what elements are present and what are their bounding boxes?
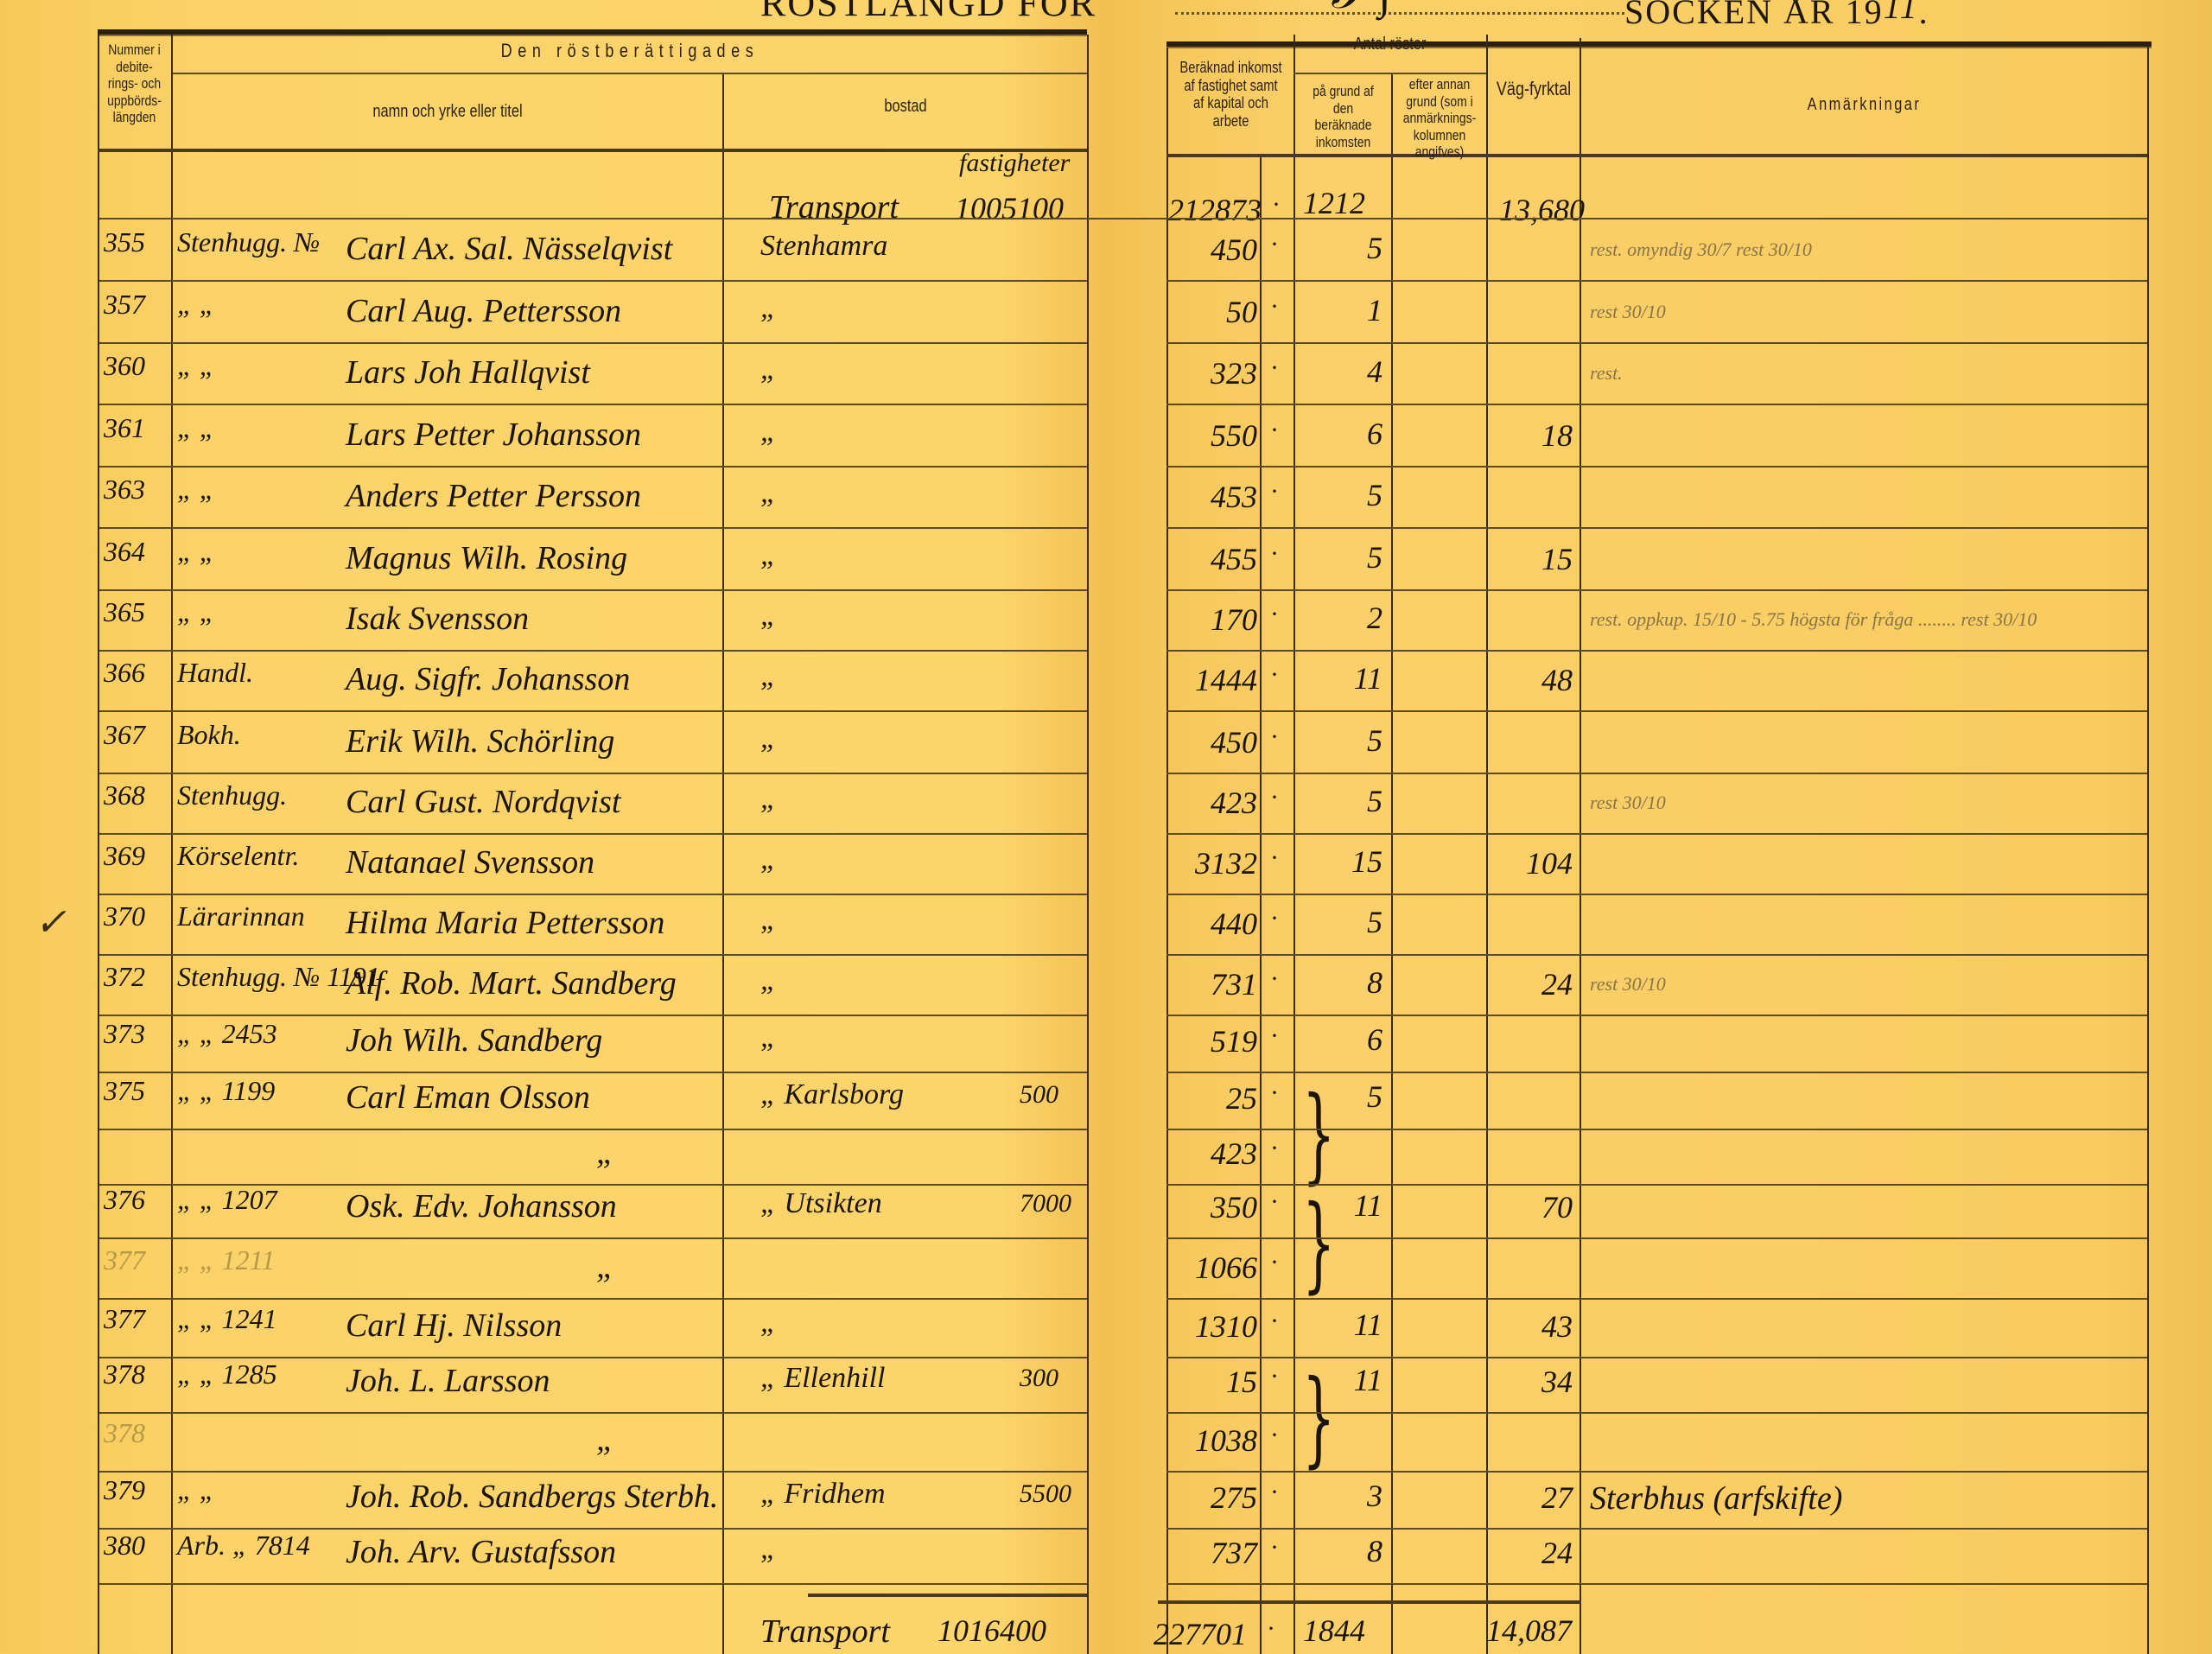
- row-income: 737: [1175, 1535, 1257, 1571]
- row-income-dot: ·: [1270, 1478, 1279, 1507]
- row-votes: 6: [1313, 416, 1382, 452]
- row-income: 350: [1175, 1189, 1257, 1225]
- row-rule-left: [99, 527, 1087, 529]
- row-name: Hilma Maria Pettersson: [346, 904, 664, 942]
- row-rule-right: [1166, 466, 2147, 468]
- left-header-top-rule: [98, 29, 1087, 36]
- row-rule-right: [1166, 1129, 2147, 1130]
- row-votes: 5: [1313, 477, 1382, 513]
- row-rule-right: [1166, 773, 2147, 774]
- row-rule-right: [1166, 589, 2147, 591]
- row-name: Carl Eman Olsson: [346, 1078, 590, 1116]
- row-income: 3132: [1175, 845, 1257, 881]
- row-occupation: Körselentr.: [177, 840, 299, 872]
- header-anm: Anmärkningar: [1632, 95, 2096, 115]
- row-income: 440: [1175, 906, 1257, 942]
- row-residence: „: [760, 477, 777, 510]
- col-divider-votes: [1391, 74, 1393, 1654]
- row-remark: rest 30/10: [1590, 973, 1666, 996]
- votes-group-rule: [1294, 73, 1486, 74]
- row-property-value: 7000: [1020, 1189, 1071, 1218]
- col-divider-nummer: [171, 35, 173, 1654]
- row-property-value: 5500: [1020, 1479, 1071, 1509]
- row-votes: 5: [1313, 539, 1382, 576]
- transport-out-votes: 1844: [1303, 1613, 1365, 1649]
- row-residence: „: [760, 353, 777, 386]
- row-rule-right: [1166, 710, 2147, 712]
- transport-out-income: 227701: [1154, 1616, 1247, 1652]
- row-property-value: 300: [1020, 1364, 1058, 1393]
- row-property-value: 500: [1020, 1080, 1058, 1110]
- row-votes: 8: [1313, 964, 1382, 1001]
- transport-out-dot: ·: [1267, 1614, 1275, 1644]
- row-number: 372: [104, 961, 145, 993]
- row-name: Lars Petter Johansson: [346, 416, 641, 454]
- row-residence: „: [760, 783, 777, 816]
- header-income: Beräknad inkomst af fastighet samt af ka…: [1179, 59, 1282, 130]
- row-rule-right: [1166, 1015, 2147, 1016]
- row-income-dot: ·: [1270, 1078, 1279, 1108]
- row-rule-right: [1166, 833, 2147, 835]
- row-income: 25: [1175, 1080, 1257, 1116]
- row-rule-left: [99, 280, 1087, 282]
- row-rule-right: [1166, 280, 2147, 282]
- row-income-dot: ·: [1270, 904, 1279, 933]
- row-road-tax: 15: [1495, 541, 1573, 577]
- col-divider-votes-group: [1486, 35, 1488, 1654]
- row-road-tax: 48: [1495, 662, 1573, 698]
- row-residence: „: [760, 904, 777, 937]
- row-rule-left: [99, 1015, 1087, 1016]
- row-votes: 5: [1313, 904, 1382, 940]
- row-rule: [99, 218, 2147, 219]
- row-rule-left: [99, 589, 1087, 591]
- row-income-dot: ·: [1270, 843, 1279, 873]
- row-name: Joh. Rob. Sandbergs Sterbh.: [346, 1478, 718, 1516]
- row-residence: „: [760, 1307, 777, 1339]
- row-number: 370: [104, 900, 145, 932]
- row-road-tax: 43: [1495, 1308, 1573, 1345]
- row-name: „: [596, 1134, 614, 1172]
- row-income-dot: ·: [1270, 416, 1279, 445]
- header-vag: Väg-fyrktal: [1497, 78, 1572, 99]
- row-votes: 11: [1313, 1307, 1382, 1343]
- row-votes: 3: [1313, 1478, 1382, 1514]
- group-header-rule: [173, 73, 1087, 74]
- row-income: 1038: [1175, 1422, 1257, 1459]
- row-occupation: „ „ 1241: [177, 1303, 277, 1335]
- header-votes-group: Antal röster: [1311, 35, 1469, 54]
- row-income: 455: [1175, 541, 1257, 577]
- row-income-dot: ·: [1270, 1307, 1279, 1336]
- header-bostad: bostad: [757, 97, 1054, 117]
- row-votes: 1: [1313, 292, 1382, 328]
- row-rule-left: [99, 894, 1087, 895]
- row-rule-right: [1166, 342, 2147, 344]
- row-remark: rest 30/10: [1590, 792, 1666, 814]
- row-income: 423: [1175, 1136, 1257, 1172]
- row-remark: rest.: [1590, 362, 1623, 385]
- row-road-tax: 34: [1495, 1364, 1573, 1400]
- row-rule-left: [99, 710, 1087, 712]
- row-rule-right: [1166, 1471, 2147, 1473]
- row-name: Alf. Rob. Mart. Sandberg: [346, 964, 677, 1002]
- row-occupation: Bokh.: [177, 719, 241, 751]
- left-header-bottom-rule: [98, 149, 1087, 152]
- row-income: 170: [1175, 601, 1257, 638]
- row-votes: 4: [1313, 353, 1382, 390]
- row-name: Carl Aug. Pettersson: [346, 292, 621, 330]
- row-rule-right: [1166, 527, 2147, 529]
- row-income-dot: ·: [1270, 1533, 1279, 1562]
- row-number: 366: [104, 657, 145, 689]
- row-rule-left: [99, 1129, 1087, 1130]
- row-number: 368: [104, 779, 145, 811]
- row-residence: „: [760, 722, 777, 755]
- row-number: 377: [104, 1303, 145, 1335]
- row-occupation: „ „: [177, 474, 215, 506]
- row-residence: „: [760, 964, 777, 997]
- transport-in-vag: 13,680: [1499, 192, 1585, 228]
- row-remark: rest. omyndig 30/7 rest 30/10: [1590, 239, 1812, 261]
- row-number: 369: [104, 840, 145, 872]
- row-rule-right: [1166, 1528, 2147, 1530]
- row-income: 1066: [1175, 1250, 1257, 1286]
- row-occupation: „ „: [177, 1474, 215, 1506]
- row-votes: 5: [1313, 230, 1382, 266]
- row-votes: 8: [1313, 1533, 1382, 1569]
- row-rule-left: [99, 404, 1087, 405]
- row-income: 453: [1175, 479, 1257, 515]
- row-rule-right: [1166, 954, 2147, 956]
- brace-icon: }: [1302, 1193, 1335, 1296]
- row-residence: „ Fridhem: [760, 1478, 886, 1511]
- row-income: 731: [1175, 966, 1257, 1002]
- row-occupation: Lärarinnan: [177, 900, 305, 932]
- row-income-dot: ·: [1270, 783, 1279, 812]
- header-nummer: Nummer i debite-rings- och uppbörds-läng…: [105, 41, 165, 126]
- title-left: RÖSTLÄNGD FÖR: [760, 0, 1096, 25]
- row-income: 450: [1175, 724, 1257, 760]
- row-income: 1310: [1175, 1308, 1257, 1345]
- row-rule-right: [1166, 1298, 2147, 1300]
- row-rule-right: [1166, 1412, 2147, 1414]
- transport-in-label: Transport: [769, 188, 899, 226]
- row-income: 50: [1175, 294, 1257, 330]
- row-number: 380: [104, 1530, 145, 1562]
- title-right: SOCKEN ÅR 1911.: [1624, 0, 1929, 32]
- title-right-prefix: SOCKEN ÅR 19: [1624, 0, 1884, 31]
- row-votes: 6: [1313, 1021, 1382, 1058]
- row-residence: Stenhamra: [760, 230, 887, 263]
- transport-in-dot: ·: [1272, 190, 1281, 219]
- row-occupation: „ „: [177, 596, 215, 628]
- left-right-border: [1087, 35, 1089, 1654]
- row-name: Magnus Wilh. Rosing: [346, 539, 627, 577]
- row-occupation: „ „ 1285: [177, 1358, 277, 1390]
- row-income-dot: ·: [1270, 722, 1279, 752]
- row-name: Joh Wilh. Sandberg: [346, 1021, 602, 1059]
- transport-out-vag: 14,087: [1486, 1613, 1572, 1649]
- transport-in-income: 212873: [1168, 192, 1262, 228]
- row-name: Isak Svensson: [346, 600, 529, 638]
- brace-icon: }: [1302, 1084, 1335, 1187]
- row-residence: „: [760, 1533, 777, 1566]
- row-income-dot: ·: [1270, 1248, 1279, 1277]
- row-income-dot: ·: [1270, 1187, 1279, 1217]
- row-occupation: „ „ 1207: [177, 1184, 277, 1216]
- row-name: Natanael Svensson: [346, 843, 594, 881]
- row-votes: 5: [1313, 783, 1382, 819]
- row-name: Aug. Sigfr. Johansson: [346, 660, 630, 698]
- row-rule-left: [99, 954, 1087, 956]
- col-divider-income-dot: [1260, 156, 1262, 1654]
- row-residence: „: [760, 1021, 777, 1054]
- row-income-dot: ·: [1270, 353, 1279, 383]
- row-occupation: Stenhugg.: [177, 779, 287, 811]
- row-number: 367: [104, 719, 145, 751]
- row-income-dot: ·: [1270, 660, 1279, 690]
- row-residence: „: [760, 416, 777, 448]
- row-income-dot: ·: [1270, 964, 1279, 994]
- transport-in-fastigheter: 1005100: [955, 190, 1064, 226]
- row-rule-left: [99, 833, 1087, 835]
- row-number: 355: [104, 226, 145, 258]
- row-rule-left: [99, 1583, 1087, 1585]
- row-rule-left: [99, 1237, 1087, 1239]
- row-rule-left: [99, 773, 1087, 774]
- row-road-tax: 24: [1495, 966, 1573, 1002]
- row-residence: „: [760, 660, 777, 693]
- row-rule-right: [1166, 894, 2147, 895]
- row-name: Lars Joh Hallqvist: [346, 353, 590, 391]
- row-income-dot: ·: [1270, 1362, 1279, 1391]
- row-name: Anders Petter Persson: [346, 477, 641, 515]
- row-income-dot: ·: [1270, 1421, 1279, 1450]
- row-income-dot: ·: [1270, 477, 1279, 506]
- row-name: Carl Gust. Nordqvist: [346, 783, 620, 821]
- left-border: [98, 35, 99, 1654]
- row-occupation: „ „: [177, 289, 215, 321]
- right-border: [2147, 45, 2149, 1654]
- row-name: Carl Ax. Sal. Nässelqvist: [346, 230, 672, 268]
- transport-in-votes: 1212: [1303, 185, 1365, 221]
- row-rule-left: [99, 1412, 1087, 1414]
- row-name: Joh. L. Larsson: [346, 1362, 550, 1400]
- row-income: 323: [1175, 355, 1257, 391]
- row-remark: Sterbhus (arfskifte): [1590, 1479, 1842, 1517]
- row-income: 15: [1175, 1364, 1257, 1400]
- fastigheter-label: fastigheter: [959, 149, 1070, 178]
- row-residence: „: [760, 600, 777, 633]
- brace-icon: }: [1302, 1367, 1335, 1471]
- row-remark: rest. oppkup. 15/10 - 5.75 högsta för fr…: [1590, 608, 2037, 631]
- row-rule-right: [1166, 1072, 2147, 1073]
- row-residence: „ Karlsborg: [760, 1078, 904, 1111]
- row-income: 275: [1175, 1479, 1257, 1516]
- row-income: 550: [1175, 417, 1257, 454]
- transport-out-fastigheter: 1016400: [938, 1613, 1046, 1649]
- row-number: 357: [104, 289, 145, 321]
- title-period: .: [1919, 0, 1929, 31]
- checkmark-icon: ✓: [35, 900, 67, 945]
- row-residence: „ Ellenhill: [760, 1362, 886, 1395]
- row-occupation: Arb. „ 7814: [177, 1530, 310, 1562]
- row-residence: „ Utsikten: [760, 1187, 882, 1220]
- row-number: 365: [104, 596, 145, 628]
- parish-name-handwritten: 𝒮 ∫: [1331, 0, 1391, 20]
- row-residence: „: [760, 539, 777, 572]
- row-name: „: [596, 1248, 614, 1286]
- row-income-dot: ·: [1270, 230, 1279, 259]
- row-rule-left: [99, 1298, 1087, 1300]
- row-income-dot: ·: [1270, 292, 1279, 321]
- row-rule-left: [99, 1471, 1087, 1473]
- row-residence: „: [760, 292, 777, 325]
- row-occupation: „ „: [177, 412, 215, 444]
- right-header-bottom-rule: [1166, 154, 2147, 157]
- row-number: 373: [104, 1018, 145, 1050]
- row-number: 364: [104, 536, 145, 568]
- transport-out-label: Transport: [760, 1613, 890, 1651]
- row-rule-right: [1166, 1237, 2147, 1239]
- row-occupation: „ „ 1211: [177, 1244, 275, 1276]
- row-income: 423: [1175, 785, 1257, 821]
- row-income: 1444: [1175, 662, 1257, 698]
- row-road-tax: 104: [1495, 845, 1573, 881]
- row-votes: 11: [1313, 660, 1382, 697]
- row-rule-left: [99, 1072, 1087, 1073]
- row-votes: 5: [1313, 722, 1382, 759]
- row-road-tax: 70: [1495, 1189, 1573, 1225]
- row-road-tax: 27: [1495, 1479, 1573, 1516]
- row-occupation: Stenhugg. №: [177, 226, 320, 258]
- row-rule-right: [1166, 404, 2147, 405]
- row-number: 378: [104, 1358, 145, 1390]
- total-rule-left: [808, 1594, 1087, 1597]
- row-votes: 15: [1313, 843, 1382, 880]
- header-namn: namn och yrke eller titel: [222, 102, 673, 122]
- row-road-tax: 24: [1495, 1535, 1573, 1571]
- row-residence: „: [760, 843, 777, 876]
- row-number: 376: [104, 1184, 145, 1216]
- row-number: 378: [104, 1417, 145, 1449]
- row-name: Carl Hj. Nilsson: [346, 1307, 562, 1345]
- row-income-dot: ·: [1270, 539, 1279, 569]
- row-number: 375: [104, 1075, 145, 1107]
- row-number: 379: [104, 1474, 145, 1506]
- row-income: 519: [1175, 1023, 1257, 1059]
- parish-name-dotted-line: [1175, 9, 1624, 15]
- row-rule-left: [99, 650, 1087, 652]
- row-name: Erik Wilh. Schörling: [346, 722, 614, 760]
- row-number: 360: [104, 350, 145, 382]
- row-remark: rest 30/10: [1590, 301, 1666, 323]
- row-road-tax: 18: [1495, 417, 1573, 454]
- row-income-dot: ·: [1270, 1134, 1279, 1163]
- row-income-dot: ·: [1270, 600, 1279, 629]
- row-occupation: Handl.: [177, 657, 253, 689]
- row-rule-right: [1166, 650, 2147, 652]
- row-occupation: „ „ 2453: [177, 1018, 277, 1050]
- col-divider-namn: [722, 73, 724, 1654]
- col-divider-income: [1294, 35, 1295, 1654]
- row-number: 361: [104, 412, 145, 444]
- header-votes-income: på grund af den beräknade inkomsten: [1304, 83, 1382, 150]
- row-votes: 2: [1313, 600, 1382, 636]
- total-rule-right: [1158, 1600, 1581, 1604]
- year-handwritten: 11: [1884, 0, 1919, 26]
- header-group: Den röstberättigades: [255, 40, 1005, 61]
- row-name: „: [596, 1421, 614, 1459]
- row-name: Osk. Edv. Johansson: [346, 1187, 617, 1225]
- row-name: Joh. Arv. Gustafsson: [346, 1533, 616, 1571]
- row-income-dot: ·: [1270, 1021, 1279, 1051]
- row-rule-right: [1166, 1583, 2147, 1585]
- row-rule-left: [99, 466, 1087, 468]
- header-votes-other: efter annan grund (som i anmärknings-kol…: [1402, 76, 1478, 161]
- row-occupation: „ „: [177, 350, 215, 382]
- row-number: 377: [104, 1244, 145, 1276]
- row-occupation: „ „: [177, 536, 215, 568]
- row-rule-left: [99, 342, 1087, 344]
- row-income: 450: [1175, 232, 1257, 268]
- row-number: 363: [104, 474, 145, 506]
- row-occupation: „ „ 1199: [177, 1075, 275, 1107]
